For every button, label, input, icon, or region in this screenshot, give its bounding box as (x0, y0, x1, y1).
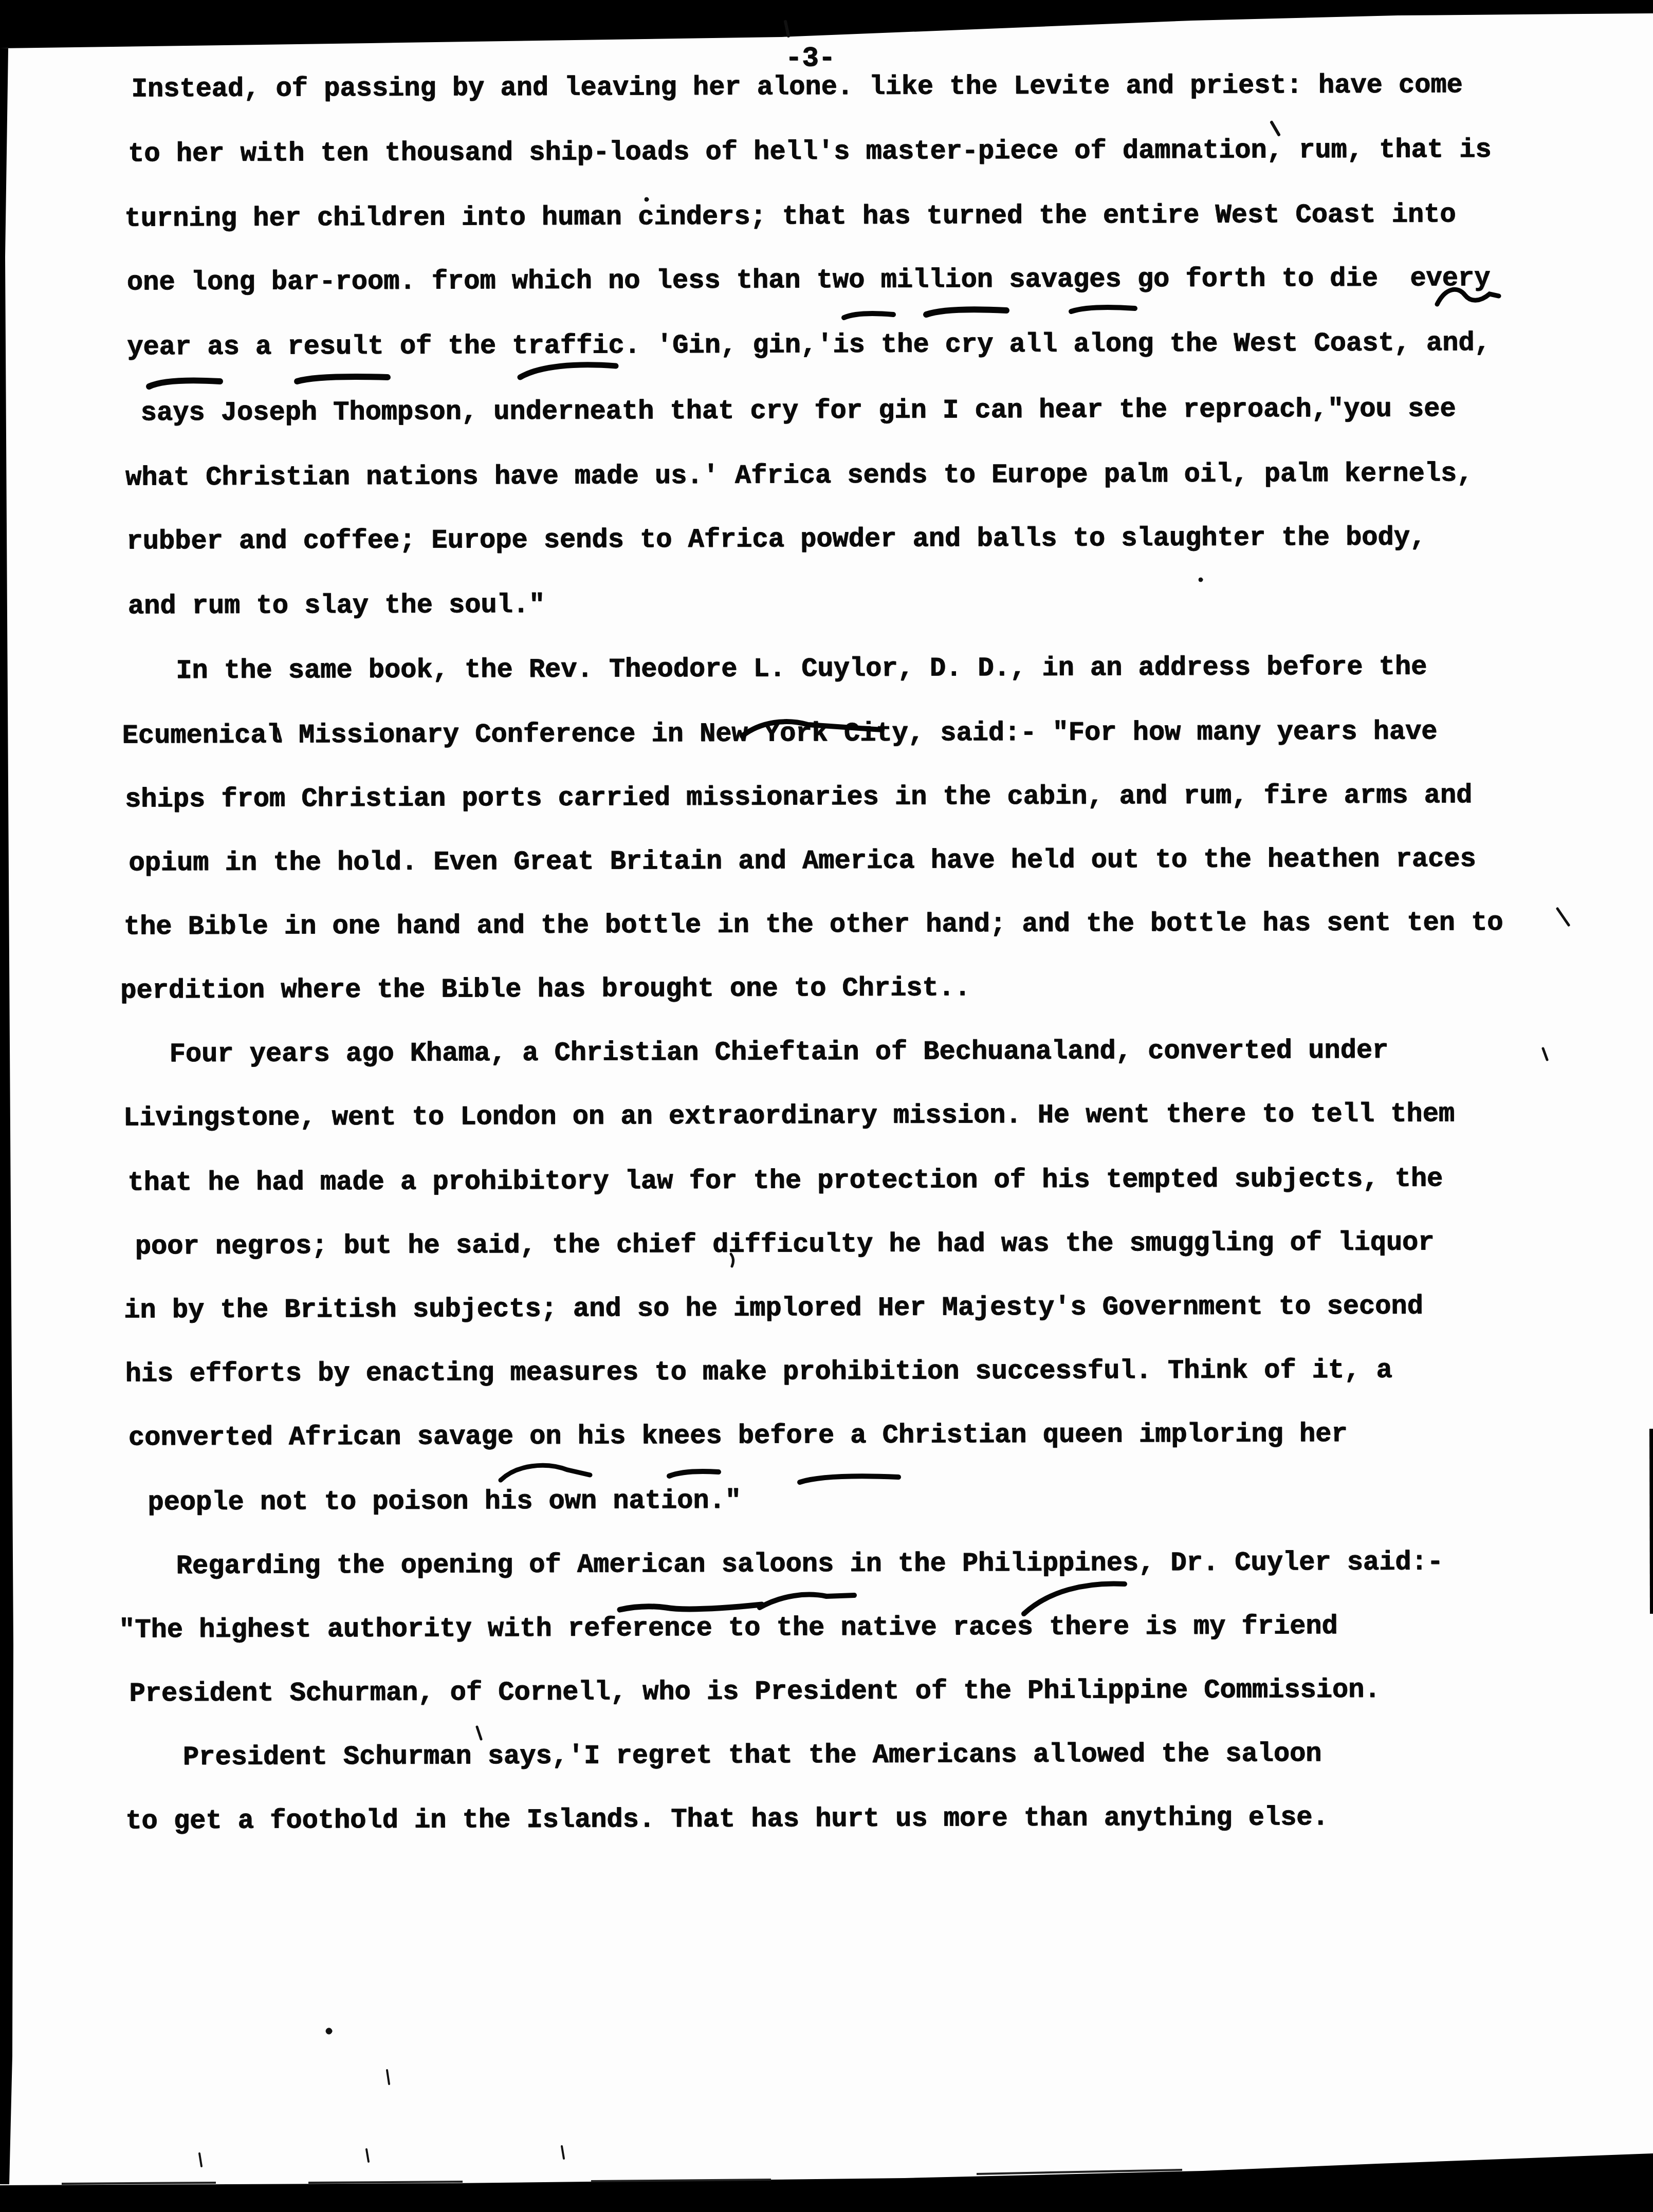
text-line: the Bible in one hand and the bottle in … (124, 908, 1503, 942)
text-line: in by the British subjects; and so he im… (124, 1291, 1423, 1325)
text-line: Ecumenical Missionary Conference in New … (122, 716, 1438, 751)
text-line: Regarding the opening of American saloon… (176, 1547, 1443, 1581)
text-line: Livingstone, went to London on an extrao… (123, 1099, 1455, 1133)
text-line: his efforts by enacting measures to make… (125, 1355, 1392, 1390)
text-line: says Joseph Thompson, underneath that cr… (141, 394, 1456, 428)
text-line: In the same book, the Rev. Theodore L. C… (176, 652, 1427, 686)
text-line: ships from Christian ports carried missi… (125, 780, 1472, 815)
text-line: turning her children into human cinders;… (124, 199, 1456, 234)
text-line: President Schurman says,'I regret that t… (183, 1739, 1322, 1773)
text-line: people not to poison his own nation." (148, 1486, 741, 1518)
text-line: converted African savage on his knees be… (128, 1419, 1348, 1453)
scanned-page: -3- Instead, of passing by and leaving h… (0, 0, 1653, 2212)
text-line: to get a foothold in the Islands. That h… (125, 1802, 1329, 1836)
text-line: rubber and coffee; Europe sends to Afric… (126, 522, 1426, 557)
text-line: what Christian nations have made us.' Af… (125, 458, 1473, 493)
typewritten-text: Instead, of passing by and leaving her a… (0, 0, 1653, 2212)
text-line: and rum to slay the soul." (128, 590, 545, 622)
text-line: opium in the hold. Even Great Britain an… (128, 844, 1476, 878)
text-line: President Schurman, of Cornell, who is P… (129, 1675, 1380, 1709)
text-line: Instead, of passing by and leaving her a… (132, 70, 1463, 104)
text-line: "The highest authority with reference to… (119, 1611, 1338, 1645)
text-line: poor negros; but he said, the chief diff… (135, 1227, 1435, 1262)
text-line: that he had made a prohibitory law for t… (127, 1164, 1443, 1198)
text-line: one long bar-room. from which no less th… (127, 263, 1491, 298)
text-line: year as a result of the traffic. 'Gin, g… (127, 328, 1491, 362)
text-line: Four years ago Khama, a Christian Chieft… (170, 1036, 1389, 1070)
text-line: to her with ten thousand ship-loads of h… (128, 135, 1492, 169)
text-line: perdition where the Bible has brought on… (120, 973, 970, 1006)
